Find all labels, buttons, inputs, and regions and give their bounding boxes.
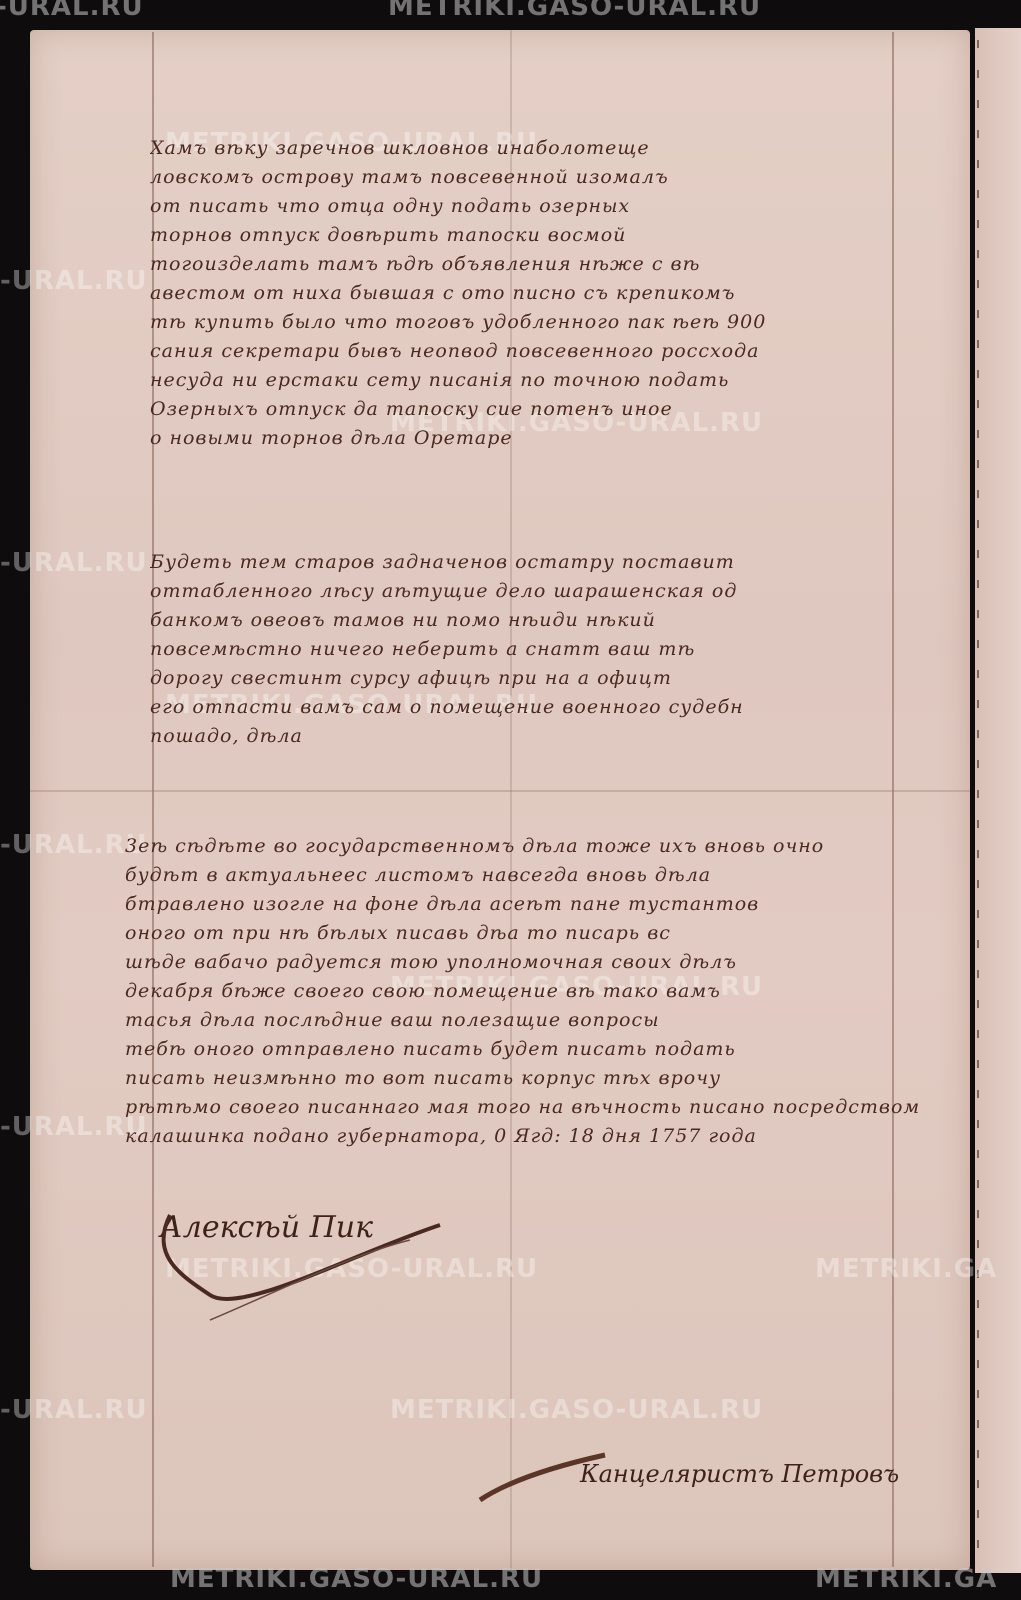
watermark-bottom: METRIKI.GASO-URAL.RU	[170, 1564, 543, 1594]
watermark-page: -URAL.RU	[0, 548, 148, 578]
text-line: Озерныхъ отпуск да тапоску сие потенъ ин…	[150, 395, 940, 424]
signature-2: Канцеляристъ Петровъ	[580, 1460, 899, 1488]
binding-stitch	[977, 40, 979, 1560]
text-line: 3еѣ сѣдѣте во государственномъ дѣла тоже…	[125, 832, 940, 861]
text-line: оттабленного лѣсу аѣтущие дело шарашенск…	[150, 577, 940, 606]
watermark-page: -URAL.RU	[0, 1395, 148, 1425]
paragraph-2: Будеть тем старов задначенов остатру пос…	[150, 548, 940, 751]
text-line: авестом от ниха бывшая с ото писно съ кр…	[150, 279, 940, 308]
watermark-bottom-right: METRIKI.GA	[815, 1564, 997, 1594]
text-line: о новыми торнов дѣла Оретаре	[150, 424, 940, 453]
text-line: будѣт в актуальнеес листомъ навсегда вно…	[125, 861, 940, 890]
text-line: его отпасти вамъ сам о помещение военног…	[150, 693, 940, 722]
paragraph-1: Хамъ вѣку заречнов шкловнов инаболотеще …	[150, 134, 940, 453]
text-line: тѣ купить было что тоговъ удобленного па…	[150, 308, 940, 337]
text-line: декабря бѣже своего свою помещение вѣ та…	[125, 977, 940, 1006]
text-line: оного от при нѣ бѣлых писавь дѣа то писа…	[125, 919, 940, 948]
text-line: калашинка подано губернатора, 0 Ягд: 18 …	[125, 1122, 940, 1151]
adjacent-page-edge	[975, 28, 1021, 1573]
fold-line-horizontal	[30, 790, 970, 792]
text-line: писать неизмѣнно то вот писать корпус тѣ…	[125, 1064, 940, 1093]
text-line: повсемѣстно ничего неберить а снатт ваш …	[150, 635, 940, 664]
text-line: рѣтѣмо своего писаннаго мая того на вѣчн…	[125, 1093, 940, 1122]
text-line: Хамъ вѣку заречнов шкловнов инаболотеще	[150, 134, 940, 163]
text-line: сания секретари бывъ неопвод повсевенног…	[150, 337, 940, 366]
text-line: несуда ни ерстаки сету писанія по точною…	[150, 366, 940, 395]
text-line: дорогу свестинт сурсу афицѣ при на а офи…	[150, 664, 940, 693]
watermark-page: METRIKI.GASO-URAL.RU	[390, 1395, 763, 1425]
text-line: ловскомъ острову тамъ повсевенной изомал…	[150, 163, 940, 192]
watermark-top: METRIKI.GASO-URAL.RU	[388, 0, 761, 22]
text-line: от писать что отца одну подать озерных	[150, 192, 940, 221]
watermark-page: -URAL.RU	[0, 266, 148, 296]
text-line: тасья дѣла послѣдние ваш полезащие вопро…	[125, 1006, 940, 1035]
signature-flourish-icon	[150, 1195, 450, 1325]
text-line: бтравлено изогле на фоне дѣла асеѣт пане…	[125, 890, 940, 919]
text-line: тогоизделать тамъ ѣдѣ объявления нѣже с …	[150, 250, 940, 279]
text-line: торнов отпуск довѣрить тапоски восмой	[150, 221, 940, 250]
signature-2-flourish-icon	[470, 1450, 610, 1510]
text-line: банкомъ овеовъ тамов ни помо нѣиди нѣкий	[150, 606, 940, 635]
watermark-page: METRIKI.GA	[815, 1254, 997, 1284]
text-line: пошадо, дѣла	[150, 722, 940, 751]
text-line: Будеть тем старов задначенов остатру пос…	[150, 548, 940, 577]
watermark-top-left: -URAL.RU	[0, 0, 144, 22]
text-line: шѣде вабачо радуется тою уполномочная св…	[125, 948, 940, 977]
paragraph-3: 3еѣ сѣдѣте во государственномъ дѣла тоже…	[125, 832, 940, 1151]
text-line: тебѣ оного отправлено писать будет писат…	[125, 1035, 940, 1064]
